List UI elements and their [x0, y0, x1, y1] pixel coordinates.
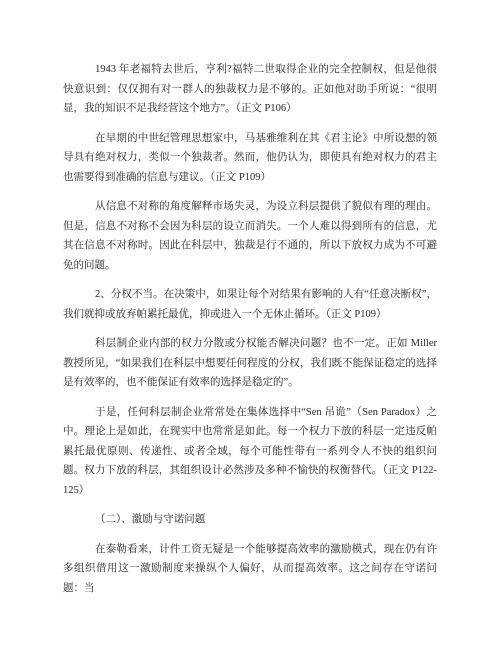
- paragraph: 在泰勒看来，计件工资无疑是一个能够提高效率的激励模式，现在仍有许多组织借用这一激…: [63, 540, 437, 599]
- paragraph: 2、分权不当。在决策中，如果让每个对结果有影响的人有“任意决断权”，我们就抑或放…: [63, 285, 437, 324]
- paragraph: 于是，任何科层制企业常常处在集体选择中“Sen 吊诡”（Sen Paradox）…: [63, 403, 437, 501]
- paragraph: 在早期的中世纪管理思想家中，马基雅维利在其《君主论》中所设想的领导具有绝对权力，…: [63, 129, 437, 188]
- paragraph: 1943 年老福特去世后，亨利?福特二世取得企业的完全控制权，但是他很快意识到：…: [63, 60, 437, 119]
- document-page: 1943 年老福特去世后，亨利?福特二世取得企业的完全控制权，但是他很快意识到：…: [0, 0, 500, 647]
- paragraph: 科层制企业内部的权力分散或分权能否解决问题？也不一定。正如 Miller 教授所…: [63, 334, 437, 393]
- document-body: 1943 年老福特去世后，亨利?福特二世取得企业的完全控制权，但是他很快意识到：…: [63, 60, 437, 598]
- paragraph: 从信息不对称的角度解释市场失灵，为设立科层提供了貌似有理的理由。但是，信息不对称…: [63, 197, 437, 275]
- section-heading: （二）、激励与守诺问题: [63, 510, 437, 530]
